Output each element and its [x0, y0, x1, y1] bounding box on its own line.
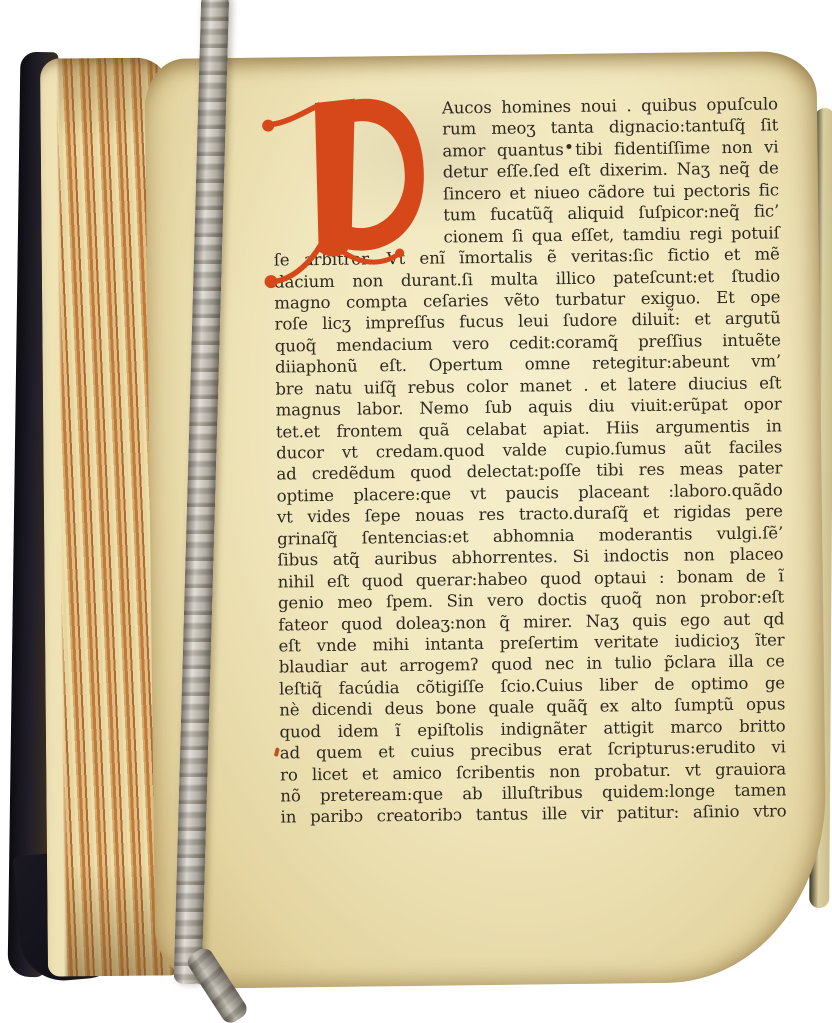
rubricated-initial-p-icon	[257, 94, 434, 296]
book-photo: Aucos homines noui . quibus opuſculorum …	[0, 0, 832, 1023]
book-page: Aucos homines noui . quibus opuſculorum …	[144, 51, 827, 989]
